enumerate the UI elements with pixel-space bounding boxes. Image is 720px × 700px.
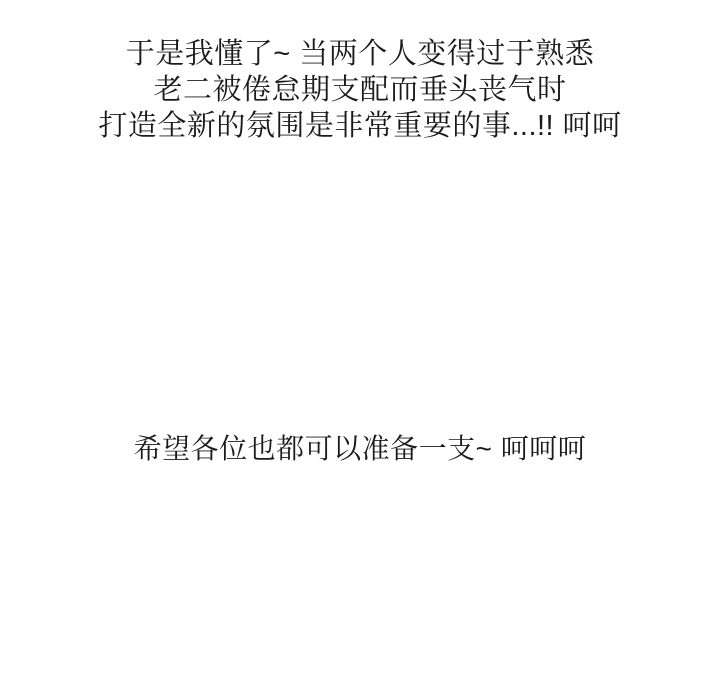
caption-line-1: 于是我懂了~ 当两个人变得过于熟悉 (0, 36, 720, 72)
caption-block-middle: 希望各位也都可以准备一支~ 呵呵呵 (0, 431, 720, 467)
caption-line-4: 希望各位也都可以准备一支~ 呵呵呵 (0, 431, 720, 467)
comic-page: 于是我懂了~ 当两个人变得过于熟悉 老二被倦怠期支配而垂头丧气时 打造全新的氛围… (0, 0, 720, 700)
caption-block-top: 于是我懂了~ 当两个人变得过于熟悉 老二被倦怠期支配而垂头丧气时 打造全新的氛围… (0, 36, 720, 144)
caption-line-2: 老二被倦怠期支配而垂头丧气时 (0, 72, 720, 108)
caption-line-3: 打造全新的氛围是非常重要的事...!! 呵呵 (0, 108, 720, 144)
